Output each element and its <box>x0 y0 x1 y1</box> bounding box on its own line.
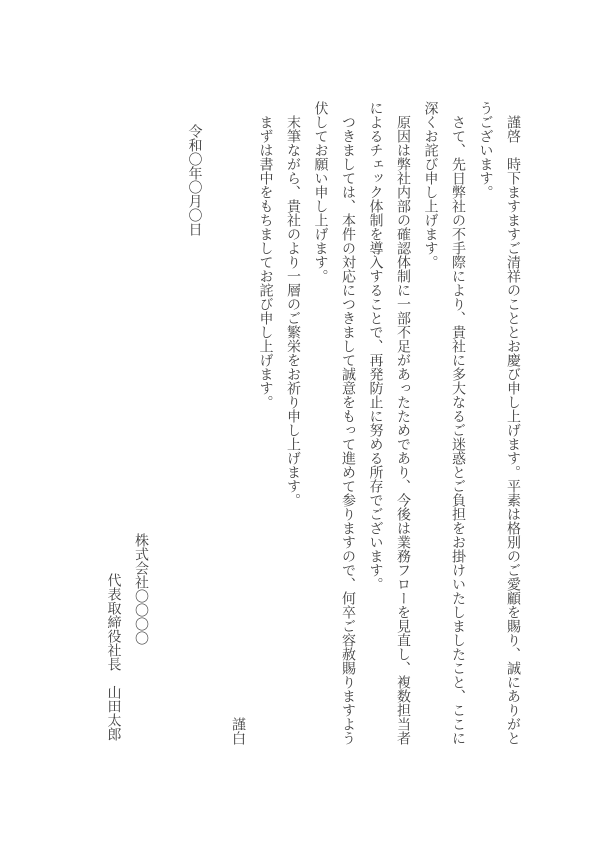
opening-paragraph: 謹啓 時下ますますご清祥のこととお慶び申し上げます。平素は格別のご愛顧を賜り、誠… <box>471 101 526 745</box>
date-line: 令和〇年〇月〇日 <box>180 101 208 745</box>
body-paragraph-conclusion: まずは書中をもちましてお詫び申し上げます。 <box>251 101 279 745</box>
closing-word: 謹白 <box>224 101 252 745</box>
representative-name: 代表取締役社長 山田太郎 <box>99 101 127 745</box>
letter-body: 謹啓 時下ますますご清祥のこととお慶び申し上げます。平素は格別のご愛顧を賜り、誠… <box>99 101 526 745</box>
company-name: 株式会社〇〇〇〇 <box>127 101 155 745</box>
body-paragraph-request: つきましては、本件の対応につきまして誠意をもって進めて参りますので、何卒ご容赦賜… <box>306 101 361 745</box>
letter-page: 謹啓 時下ますますご清祥のこととお慶び申し上げます。平素は格別のご愛顧を賜り、誠… <box>0 0 595 842</box>
body-paragraph-cause: 原因は弊社内部の確認体制に一部不足があったためであり、今後は業務フローを見直し、… <box>361 101 416 745</box>
body-paragraph-wishes: 末筆ながら、貴社のより一層のご繁栄をお祈り申し上げます。 <box>279 101 307 745</box>
body-paragraph-apology: さて、先日弊社の不手際により、貴社に多大なるご迷惑とご負担をお掛けいたしましたこ… <box>416 101 471 745</box>
